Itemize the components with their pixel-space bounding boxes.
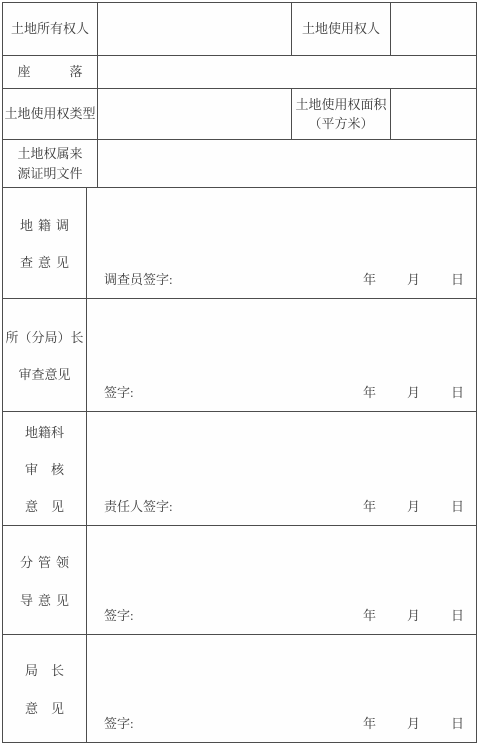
row-location: 座 落 [3,56,476,89]
supervising-leader-opinion-cell: 签字: 年 月 日 [87,526,476,634]
date-fields: 年 月 日 [363,496,464,515]
label-line: 意 见 [25,698,64,717]
label-director-opinion: 局 长 意 见 [3,635,87,742]
label-use-right-area-line1: 土地使用权面积 [295,95,386,115]
year-label: 年 [363,269,376,288]
sign-row: 签字: 年 月 日 [87,382,476,411]
label-line: 地籍调 [20,215,74,234]
cadastral-survey-opinion-area[interactable] [87,188,476,269]
use-right-type-value-cell[interactable] [98,89,292,139]
sign-row: 责任人签字: 年 月 日 [87,496,476,525]
row-ownership-source: 土地权属来 源证明文件 [3,140,476,188]
responsible-person-signature-label: 责任人签字: [104,496,173,515]
sign-row: 签字: 年 月 日 [87,713,476,742]
label-line: 分管领 [20,552,74,571]
label-station-chief-review: 所（分局）长 审查意见 [3,299,87,411]
label-ownership-source: 土地权属来 源证明文件 [3,140,98,187]
year-label: 年 [363,382,376,401]
label-supervising-leader-opinion: 分管领 导意见 [3,526,87,634]
month-label: 月 [407,713,420,732]
land-registration-approval-form: 土地所有权人 土地使用权人 座 落 土地使用权类型 土地使用权面积 （平方米） … [2,2,477,743]
date-fields: 年 月 日 [363,713,464,732]
signature-label: 签字: [104,605,134,624]
label-line: 所（分局）长 [5,327,83,346]
cadastral-dept-audit-area[interactable] [87,412,476,496]
cadastral-dept-audit-cell: 责任人签字: 年 月 日 [87,412,476,525]
station-chief-review-area[interactable] [87,299,476,382]
section-supervising-leader-opinion: 分管领 导意见 签字: 年 月 日 [3,526,476,635]
day-label: 日 [451,382,464,401]
section-director-opinion: 局 长 意 见 签字: 年 月 日 [3,635,476,742]
label-line: 审 核 [25,459,64,478]
date-fields: 年 月 日 [363,382,464,401]
label-land-owner: 土地所有权人 [3,3,98,55]
label-use-right-area-line2: （平方米） [308,114,373,134]
label-ownership-source-line2: 源证明文件 [17,164,82,184]
signature-label: 签字: [104,382,134,401]
label-land-user: 土地使用权人 [292,3,391,55]
label-line: 审查意见 [18,364,70,383]
station-chief-review-cell: 签字: 年 月 日 [87,299,476,411]
sign-row: 调查员签字: 年 月 日 [87,269,476,298]
label-line: 查意见 [20,252,74,271]
label-line: 意 见 [25,496,64,515]
label-line: 局 长 [25,660,64,679]
supervising-leader-opinion-area[interactable] [87,526,476,605]
month-label: 月 [407,269,420,288]
location-value-cell[interactable] [98,56,476,88]
label-line: 地籍科 [25,422,64,441]
label-cadastral-survey-opinion: 地籍调 查意见 [3,188,87,298]
row-use-right-type: 土地使用权类型 土地使用权面积 （平方米） [3,89,476,140]
label-location: 座 落 [3,56,98,88]
cadastral-survey-opinion-cell: 调查员签字: 年 月 日 [87,188,476,298]
year-label: 年 [363,496,376,515]
label-use-right-type: 土地使用权类型 [3,89,98,139]
month-label: 月 [407,605,420,624]
land-user-value-cell[interactable] [391,3,476,55]
ownership-source-value-cell[interactable] [98,140,476,187]
month-label: 月 [407,382,420,401]
day-label: 日 [451,496,464,515]
label-ownership-source-line1: 土地权属来 [17,144,82,164]
section-cadastral-dept-audit: 地籍科 审 核 意 见 责任人签字: 年 月 日 [3,412,476,526]
section-cadastral-survey-opinion: 地籍调 查意见 调查员签字: 年 月 日 [3,188,476,299]
surveyor-signature-label: 调查员签字: [104,269,173,288]
section-station-chief-review: 所（分局）长 审查意见 签字: 年 月 日 [3,299,476,412]
day-label: 日 [451,605,464,624]
day-label: 日 [451,713,464,732]
sign-row: 签字: 年 月 日 [87,605,476,634]
label-line: 导意见 [20,590,74,609]
year-label: 年 [363,605,376,624]
director-opinion-cell: 签字: 年 月 日 [87,635,476,742]
month-label: 月 [407,496,420,515]
row-land-owner: 土地所有权人 土地使用权人 [3,3,476,56]
signature-label: 签字: [104,713,134,732]
date-fields: 年 月 日 [363,269,464,288]
land-owner-value-cell[interactable] [98,3,292,55]
year-label: 年 [363,713,376,732]
use-right-area-value-cell[interactable] [391,89,476,139]
date-fields: 年 月 日 [363,605,464,624]
label-cadastral-dept-audit: 地籍科 审 核 意 见 [3,412,87,525]
label-use-right-area: 土地使用权面积 （平方米） [292,89,391,139]
director-opinion-area[interactable] [87,635,476,713]
day-label: 日 [451,269,464,288]
